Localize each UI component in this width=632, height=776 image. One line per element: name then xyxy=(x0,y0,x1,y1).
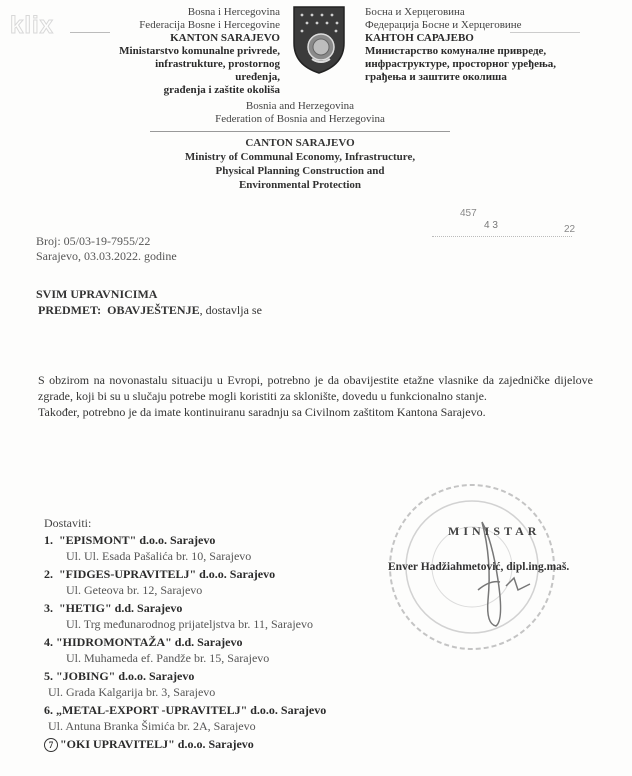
list-item: 7"OKI UPRAVITELJ" d.o.o. Sarajevo xyxy=(44,737,404,753)
item-number: 3. xyxy=(44,601,53,615)
list-item: 2. "FIDGES-UPRAVITELJ" d.o.o. Sarajevo xyxy=(44,567,404,583)
header-divider xyxy=(150,131,450,132)
list-item: 1. "EPISMONT" d.o.o. Sarajevo xyxy=(44,533,404,549)
company-name: "OKI UPRAVITELJ" d.o.o. Sarajevo xyxy=(60,737,254,751)
header-latin-block: Bosna i Hercegovina Federacija Bosne i H… xyxy=(110,6,280,97)
ministry-line-2-latin: infrastrukture, prostornog uređenja, xyxy=(110,58,280,84)
signature-title: MINISTAR xyxy=(448,524,540,539)
item-number: 6. xyxy=(44,703,53,717)
item-number: 1. xyxy=(44,533,53,547)
company-address: Ul. Antuna Branka Šimića br. 2A, Sarajev… xyxy=(44,719,404,735)
recipients-heading: SVIM UPRAVNICIMA xyxy=(36,287,157,302)
federation-name-latin: Federacija Bosne i Hercegovine xyxy=(110,19,280,32)
company-name: "FIDGES-UPRAVITELJ" d.o.o. Sarajevo xyxy=(59,567,275,581)
item-number: 2. xyxy=(44,567,53,581)
document-meta: Broj: 05/03-19-7955/22 Sarajevo, 03.03.2… xyxy=(36,234,177,264)
header-rule-left xyxy=(70,32,110,33)
list-item: 3. "HETIG" d.d. Sarajevo xyxy=(44,601,404,617)
country-name-cyrillic: Босна и Херцеговина xyxy=(365,6,595,19)
delivery-heading: Dostaviti: xyxy=(44,516,404,532)
canton-name-cyrillic: КАНТОН САРАЈЕВО xyxy=(365,32,595,45)
item-number: 5. xyxy=(44,669,53,683)
ministry-line-2-english: Physical Planning Construction and xyxy=(150,164,450,178)
ministry-line-2-cyrillic: инфраструктуре, просторног уређења, xyxy=(365,58,595,71)
coat-of-arms-icon xyxy=(290,3,348,75)
ministry-english-block: CANTON SARAJEVO Ministry of Communal Eco… xyxy=(150,136,450,192)
header-english-block: Bosnia and Herzegovina Federation of Bos… xyxy=(150,100,450,126)
document-body: S obzirom na novonastalu situaciju u Evr… xyxy=(38,372,593,420)
klix-watermark: klix xyxy=(10,12,54,40)
canton-name-english: CANTON SARAJEVO xyxy=(150,136,450,150)
company-address: Ul. Muhameda ef. Pandže br. 15, Sarajevo xyxy=(44,651,404,667)
list-item: 5. "JOBING" d.o.o. Sarajevo xyxy=(44,669,404,685)
federation-name-cyrillic: Федерација Босне и Херцеговине xyxy=(365,19,595,32)
registry-date: 4 3 xyxy=(484,220,498,231)
company-name: "HIDROMONTAŽA" d.d. Sarajevo xyxy=(56,635,242,649)
registry-stamp: 457 4 3 22 xyxy=(432,206,592,242)
company-name: „METAL-EXPORT -UPRAVITELJ" d.o.o. Saraje… xyxy=(56,703,326,717)
company-address: Ul. Grada Kalgarija br. 3, Sarajevo xyxy=(44,685,404,701)
country-name-english: Bosnia and Herzegovina xyxy=(150,100,450,113)
registry-line xyxy=(432,236,572,237)
registry-number: 457 xyxy=(460,208,477,219)
subject-label: PREDMET: xyxy=(38,303,101,317)
ministry-line-1-cyrillic: Министарство комуналне привреде, xyxy=(365,45,595,58)
subject-line: PREDMET: OBAVJEŠTENJE, dostavlja se xyxy=(38,303,262,318)
ministry-line-1-latin: Ministarstvo komunalne privrede, xyxy=(110,45,280,58)
country-name-latin: Bosna i Hercegovina xyxy=(110,6,280,19)
signatory-name: Enver Hadžiahmetović, dipl.ing.maš. xyxy=(388,561,569,573)
company-address: Ul. Trg međunarodnog prijateljstva br. 1… xyxy=(44,617,404,633)
document-date: Sarajevo, 03.03.2022. godine xyxy=(36,249,177,264)
company-address: Ul. Geteova br. 12, Sarajevo xyxy=(44,583,404,599)
subject-title: OBAVJEŠTENJE xyxy=(107,303,199,317)
company-address: Ul. Ul. Esada Pašalića br. 10, Sarajevo xyxy=(44,549,404,565)
ministry-line-3-latin: građenja i zaštite okoliša xyxy=(110,84,280,97)
company-name: "JOBING" d.o.o. Sarajevo xyxy=(56,669,194,683)
ministry-line-3-cyrillic: грађења и заштите околиша xyxy=(365,71,595,84)
ministry-line-3-english: Environmental Protection xyxy=(150,178,450,192)
item-number-circled: 7 xyxy=(44,738,58,752)
canton-name-latin: KANTON SARAJEVO xyxy=(110,32,280,45)
body-paragraph-2: Također, potrebno je da imate kontinuira… xyxy=(38,404,593,420)
registry-year: 22 xyxy=(564,224,575,235)
body-paragraph-1: S obzirom na novonastalu situaciju u Evr… xyxy=(38,372,593,404)
header-cyrillic-block: Босна и Херцеговина Федерација Босне и Х… xyxy=(365,6,595,84)
federation-name-english: Federation of Bosnia and Herzegovina xyxy=(150,113,450,126)
item-number: 4. xyxy=(44,635,53,649)
list-item: 6. „METAL-EXPORT -UPRAVITELJ" d.o.o. Sar… xyxy=(44,703,404,719)
ministry-line-1-english: Ministry of Communal Economy, Infrastruc… xyxy=(150,150,450,164)
list-item: 4. "HIDROMONTAŽA" d.d. Sarajevo xyxy=(44,635,404,651)
delivery-list: Dostaviti: 1. "EPISMONT" d.o.o. Sarajevo… xyxy=(44,516,404,752)
company-name: "EPISMONT" d.o.o. Sarajevo xyxy=(59,533,215,547)
document-number: Broj: 05/03-19-7955/22 xyxy=(36,234,177,249)
company-name: "HETIG" d.d. Sarajevo xyxy=(59,601,182,615)
subject-rest: , dostavlja se xyxy=(200,303,262,317)
